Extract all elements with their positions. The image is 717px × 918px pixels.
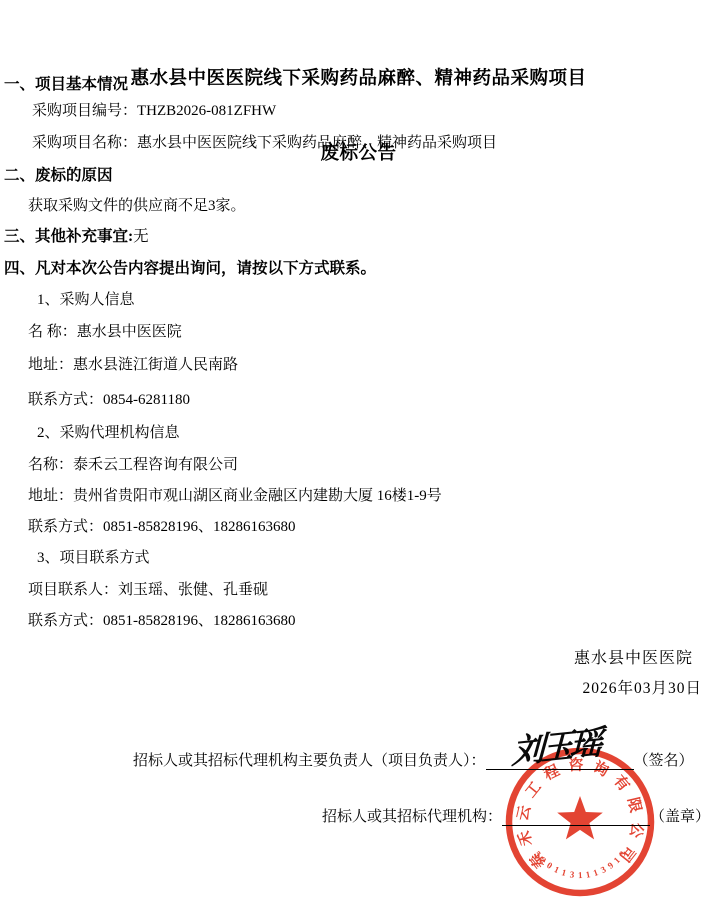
buyer-subheading: 1、采购人信息 [37,292,135,309]
project-name-line: 采购项目名称：惠水县中医医院线下采购药品麻醉、精神药品采购项目 [32,135,497,152]
agent-subheading: 2、采购代理机构信息 [37,425,180,442]
project-code-line: 采购项目编号：THZB2026-081ZFHW [32,103,276,120]
seal-number-text: 5201131113913 [532,846,630,880]
project-contact-persons-line: 项目联系人：刘玉瑶、张健、孔垂砚 [28,582,268,599]
project-code-label: 采购项目编号： [32,103,137,119]
agent-address-label: 地址： [28,488,73,504]
agent-tel-label: 联系方式： [28,519,103,535]
agent-address-value: 贵州省贵阳市观山湖区商业金融区内建勘大厦 16楼1-9号 [73,488,442,504]
svg-text:5201131113913: 5201131113913 [532,846,630,880]
buyer-tel-value: 0854-6281180 [103,392,190,408]
project-name-label: 采购项目名称： [32,135,137,151]
buyer-address-value: 惠水县涟江街道人民南路 [73,357,238,373]
section2-heading: 二、废标的原因 [4,167,113,184]
agent-tel-value: 0851-85828196、18286163680 [103,519,296,535]
seal-star-icon [557,796,603,839]
agent-tel-line: 联系方式：0851-85828196、18286163680 [28,519,296,536]
project-name-value: 惠水县中医医院线下采购药品麻醉、精神药品采购项目 [137,135,497,151]
signoff-date: 2026年03月30日 [582,676,702,698]
buyer-tel-line: 联系方式：0854-6281180 [28,392,190,409]
agent-address-line: 地址：贵州省贵阳市观山湖区商业金融区内建勘大厦 16楼1-9号 [28,488,442,505]
buyer-address-label: 地址： [28,357,73,373]
project-contact-tel-value: 0851-85828196、18286163680 [103,613,296,629]
section4-heading: 四、凡对本次公告内容提出询问，请按以下方式联系。 [4,260,376,277]
project-contact-persons-value: 刘玉瑶、张健、孔垂砚 [118,582,268,598]
buyer-name-line: 名 称：惠水县中医医院 [28,324,182,341]
agent-name-value: 泰禾云工程咨询有限公司 [73,457,238,473]
section3-label: 三、其他补充事宜: [4,228,133,245]
agent-name-label: 名称： [28,457,73,473]
announcement-document: 惠水县中医医院线下采购药品麻醉、精神药品采购项目 废标公告 一、项目基本情况 采… [0,0,717,918]
responsible-person-label: 招标人或其招标代理机构主要负责人（项目负责人）： [133,749,486,770]
company-seal: 泰禾云工程咨询有限公司 5201131113913 [503,745,657,899]
agency-suffix: （盖章） [650,805,710,826]
agent-name-line: 名称：泰禾云工程咨询有限公司 [28,457,238,474]
project-contact-tel-line: 联系方式：0851-85828196、18286163680 [28,613,296,630]
agency-label: 招标人或其招标代理机构： [322,805,502,826]
project-contact-subheading: 3、项目联系方式 [37,550,150,567]
section1-heading: 一、项目基本情况 [4,76,128,93]
signoff-organization: 惠水县中医医院 [574,645,693,668]
project-contact-tel-label: 联系方式： [28,613,103,629]
buyer-name-value: 惠水县中医医院 [77,324,182,340]
buyer-address-line: 地址：惠水县涟江街道人民南路 [28,357,238,374]
project-contact-persons-label: 项目联系人： [28,582,118,598]
project-code-value: THZB2026-081ZFHW [137,103,276,119]
buyer-name-label: 名 称： [28,324,77,340]
section3-heading: 三、其他补充事宜:无 [4,228,149,245]
cancellation-reason: 获取采购文件的供应商不足3家。 [28,198,246,215]
section3-value: 无 [133,228,149,245]
buyer-tel-label: 联系方式： [28,392,103,408]
